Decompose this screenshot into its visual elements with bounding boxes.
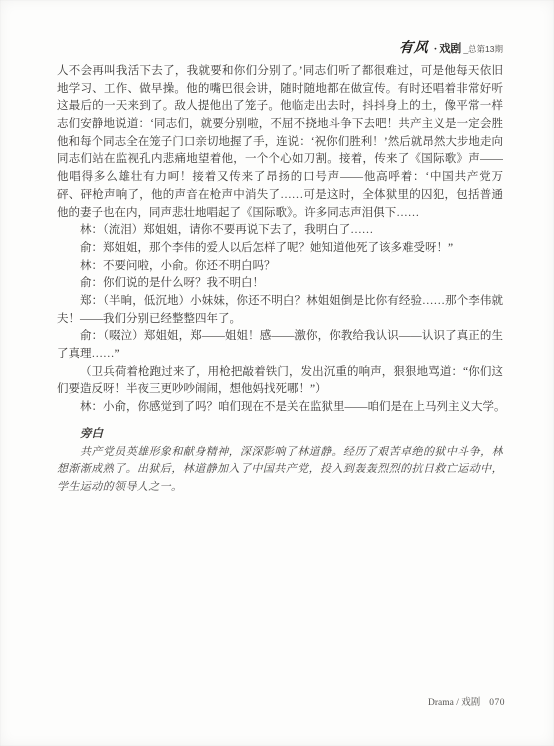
- page-header: 有风 · 戏剧 _总第13期: [399, 37, 503, 57]
- text-line: 学生运动的领导人之一。: [57, 479, 503, 496]
- text-line: 林：小俞，你感觉到了吗？咱们现在不是关在监狱里——咱们是在上马列主义大学。: [57, 399, 503, 417]
- text-line: 共产党员英雄形象和献身精神，深深影响了林道静。经历了艰苦卓绝的狱中斗争，林道静的…: [57, 444, 503, 461]
- text-line: 俞：郑姐姐，那个李伟的爱人以后怎样了呢？她知道他死了该多难受呀！”: [57, 240, 503, 258]
- text-line: 地学习、工作、做早操。他的嘴巴很会讲，随时随地都在做宣传。有时还唱着非常好听的男…: [57, 81, 503, 99]
- magazine-logo: 有风: [398, 37, 429, 57]
- text-line: 郑：（半晌，低沉地）小妹妹，你还不明白？林姐姐倒是比你有经验……那个李伟就是我的…: [57, 293, 503, 311]
- issue-number: _总第13期: [463, 43, 503, 55]
- text-line: 林：（流泪）郑姐姐，请你不要再说下去了，我明白了……: [57, 222, 503, 240]
- text-line: 志们安静地说道：‘同志们，就要分别啦，不屈不挠地斗争下去吧！共产主义是一定会胜利…: [57, 116, 503, 134]
- text-line: 砰、砰枪声响了，他的声音在枪声中消失了……可是这时，全体狱里的囚犯，包括普通犯在…: [57, 187, 503, 205]
- aside-section: 旁白 共产党员英雄形象和献身精神，深深影响了林道静。经历了艰苦卓绝的狱中斗争，林…: [57, 424, 503, 496]
- text-line: 同志们站在监视孔内悲痛地望着他，一个个心如刀割。接着，传来了《国际歌》声——他高…: [57, 151, 503, 169]
- magazine-section-label: 戏剧: [439, 40, 461, 56]
- footer-section-label: Drama / 戏剧: [428, 694, 480, 708]
- magazine-page: 有风 · 戏剧 _总第13期 人不会再叫我活下去了，我就要和你们分别了。’同志们…: [0, 0, 554, 746]
- page-footer: Drama / 戏剧 070: [428, 694, 505, 708]
- text-line: 林：不要问啦，小俞。你还不明白吗？: [57, 258, 503, 276]
- text-line: 夫！——我们分别已经整整四年了。: [57, 311, 503, 329]
- text-line: 想渐渐成熟了。出狱后，林道静加入了中国共产党，投入到轰轰烈烈的抗日救亡运动中，成…: [57, 461, 503, 478]
- text-line: 人不会再叫我活下去了，我就要和你们分别了。’同志们听了都很难过，可是他每天依旧高…: [57, 63, 503, 81]
- text-line: 俞：你们说的是什么呀？我不明白！: [57, 275, 503, 293]
- script-body-text: 人不会再叫我活下去了，我就要和你们分别了。’同志们听了都很难过，可是他每天依旧高…: [57, 63, 503, 417]
- text-line: 们要造反呀！半夜三更吵吵闹闹，想他妈找死哪！”）: [57, 381, 503, 399]
- text-line: 他和每个同志全在笼子门口亲切地握了手，连说：‘祝你们胜利！’然后就昂然大步地走向…: [57, 134, 503, 152]
- text-line: 俞：（啜泣）郑姐姐，郑——姐姐！感——激你，你教给我认识——认识了真正的生活，认…: [57, 328, 503, 346]
- header-separator-dot: ·: [434, 43, 438, 55]
- aside-narration-text: 共产党员英雄形象和献身精神，深深影响了林道静。经历了艰苦卓绝的狱中斗争，林道静的…: [57, 444, 503, 496]
- text-line: （卫兵荷着枪跑过来了，用枪把敲着铁门，发出沉重的响声，狠狠地骂道：“你们这几个臭…: [57, 364, 503, 382]
- text-line: 这最后的一天来到了。敌人提他出了笼子。他临走出去时，抖抖身上的土，像平常一样对同…: [57, 98, 503, 116]
- page-number: 070: [489, 698, 505, 708]
- text-line: 他唱得多么雄壮有力呵！接着又传来了昂扬的口号声——他高呼着：‘中国共产党万岁！’…: [57, 169, 503, 187]
- text-line: 他的妻子也在内，同声悲壮地唱起了《国际歌》。许多同志声泪俱下……: [57, 205, 503, 223]
- text-line: 了真理……”: [57, 346, 503, 364]
- aside-heading: 旁白: [57, 424, 503, 444]
